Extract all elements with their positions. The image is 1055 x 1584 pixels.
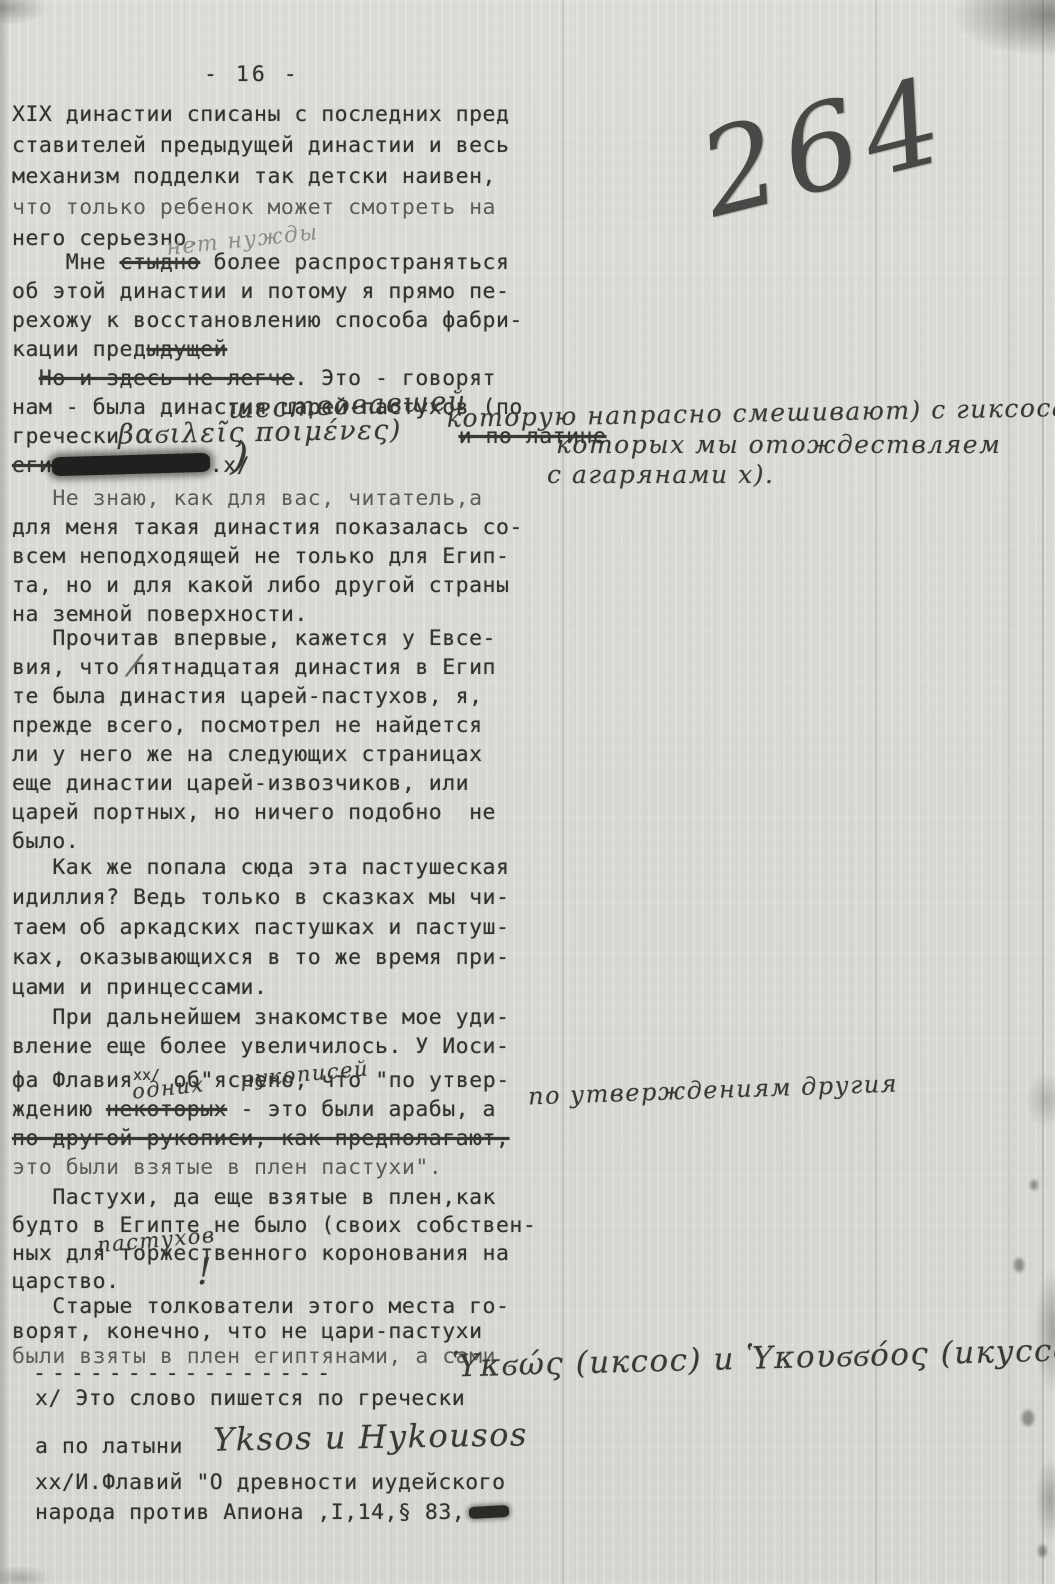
typed-paragraph: Прочитав впервые, кажется у Евсе- вия, ч… (12, 624, 496, 856)
typed-line: ках, оказывающихся в то же время при- (12, 943, 509, 973)
typed-text: гречески (12, 424, 120, 449)
handwritten-margin-note: по утверждениям другия (528, 1070, 899, 1111)
typed-page-number: - 16 - (12, 58, 300, 92)
typed-line: Прочитав впервые, кажется у Евсе- (12, 624, 496, 653)
typed-line: идиллия? Ведь только в сказках мы чи- (12, 883, 509, 913)
typed-line: ли у него же на следующих страницах (12, 740, 496, 769)
typed-text: - это были арабы, а (227, 1097, 496, 1122)
typed-line: всем неподходящей не только для Егип- (12, 542, 523, 571)
footnote-block: хх/И.Флавий "О древности иудейского (35, 1470, 506, 1496)
struck-text: по другой рукописи, как предполагают, (12, 1126, 509, 1151)
paper-speck (1014, 1258, 1024, 1272)
paper-speck (1038, 1545, 1047, 1557)
footnote-block: а по латыни (35, 1434, 183, 1460)
typed-paragraph: Как же попала сюда эта пастушеская идилл… (12, 853, 509, 1003)
typed-text (12, 366, 39, 391)
footnote-line: а по латыни (35, 1434, 183, 1460)
handwritten-margin-note: которых мы отождествляем (556, 430, 1001, 459)
ink-blot (469, 1505, 510, 1519)
typed-line: Пастухи, да еще взятые в плен,как (12, 1184, 536, 1212)
typed-text: фа Флавия (12, 1068, 133, 1093)
typed-line: ворят, конечно, что не цари-пастухи (12, 1319, 509, 1344)
struck-text: ыдущей (146, 337, 227, 362)
footnote-text: народа против Апиона ,I,14,§ 83, (35, 1500, 465, 1525)
typed-text: более распространяться (200, 250, 509, 275)
handwritten-latin-footnote: Yksos и Hykousos (213, 1415, 529, 1458)
typed-paragraph: Пастухи, да еще взятые в плен,как будто … (12, 1184, 536, 1296)
typed-line: Как же попала сюда эта пастушеская (12, 853, 509, 883)
typed-line: это были взятые в плен пастухи". (12, 1153, 510, 1182)
struck-text: некоторых (106, 1097, 227, 1122)
typed-line: еще династии царей-извозчиков, или (12, 769, 496, 798)
typed-paragraph: Не знаю, как для вас, читатель,а для мен… (12, 484, 523, 629)
typed-line: XIX династии списаны с последних пред (12, 99, 509, 130)
handwritten-margin-note: с агарянами х). (547, 460, 774, 489)
typed-line: вия, что пятнадцатая династия в Егип (12, 653, 496, 682)
typed-line: по другой рукописи, как предполагают, (12, 1124, 510, 1153)
typed-line: ставителей предыдущей династии и весь (12, 130, 509, 161)
page-header-block: - 16 - (12, 58, 300, 92)
paper-speck (1030, 1180, 1038, 1190)
typed-line: ждению некоторых - это были арабы, а (12, 1095, 510, 1124)
typed-line: Старые толкователи этого места го- (12, 1294, 509, 1319)
typed-line: Мне стыдно более распространяться (12, 248, 606, 277)
handwritten-greek-footnote: Ὑκϭώς (иксос) и Ὑκουϭϭόος (икуссос) (452, 1331, 1055, 1384)
footnote-separator: ---------------- (33, 1362, 336, 1386)
typed-line: для меня такая династия показалась со- (12, 513, 523, 542)
footnote-line: хх/И.Флавий "О древности иудейского (35, 1470, 506, 1496)
footnote-line: народа против Апиона ,I,14,§ 83, (35, 1500, 509, 1526)
typed-line: царство. (12, 1268, 536, 1296)
handwritten-greek-inline: βαϭιλεῖς ποιμένες) (118, 415, 402, 451)
typed-text: Мне (12, 250, 120, 275)
footnote-separator-block: ---------------- (33, 1362, 336, 1386)
typed-line: Но и здесь не легче. Это - говорят (12, 364, 606, 393)
typed-line: прежде всего, посмотрел не найдется (12, 711, 496, 740)
typed-line: будто в Египте не было (своих собствен- (12, 1212, 536, 1240)
typed-line: егип.х/ (12, 451, 606, 480)
typed-line: царей портных, но ничего подобно не (12, 798, 496, 827)
typed-paragraph: Старые толкователи этого места го- ворят… (12, 1294, 509, 1369)
typed-paragraph: При дальнейшем знакомстве мое уди- влени… (12, 1003, 510, 1182)
typed-line: та, но и для какой либо другой страны (12, 571, 523, 600)
typed-line: таем об аркадских пастушках и пастуш- (12, 913, 509, 943)
typed-line: Не знаю, как для вас, читатель,а (12, 484, 523, 513)
typed-text: ждению (12, 1097, 106, 1122)
typed-line: те была династия царей-пастухов, я, (12, 682, 496, 711)
typed-line: При дальнейшем знакомстве мое уди- (12, 1003, 510, 1032)
typed-line: ных для торжественного коронования на (12, 1240, 536, 1268)
typed-line: что только ребенок может смотреть на (12, 192, 509, 223)
typed-line: было. (12, 827, 496, 856)
struck-text: Но и здесь не легче (39, 366, 294, 391)
typed-line: об этой династии и потому я прямо пе- (12, 277, 606, 306)
paper-speck (1022, 1410, 1034, 1426)
footnote-line: х/ Это слово пишется по гречески (35, 1386, 465, 1412)
footnote-block: народа против Апиона ,I,14,§ 83, (35, 1500, 509, 1526)
ink-blot (52, 453, 210, 476)
typed-line: цами и принцессами. (12, 973, 509, 1003)
typed-line: кации предыдущей (12, 335, 606, 364)
typed-text: кации пред (12, 337, 146, 362)
typed-line: вление еще более увеличилось. У Иоси- (12, 1032, 510, 1061)
handwritten-page-number: 264 (687, 50, 962, 244)
scanned-document-page: - 16 - XIX династии списаны с последних … (0, 0, 1055, 1584)
handwritten-exclamation: ! (197, 1252, 213, 1293)
typed-line: механизм подделки так детски наивен, (12, 161, 509, 192)
typed-line: рехожу к восстановлению способа фабри- (12, 306, 606, 335)
footnote-block: х/ Это слово пишется по гречески (35, 1386, 465, 1412)
